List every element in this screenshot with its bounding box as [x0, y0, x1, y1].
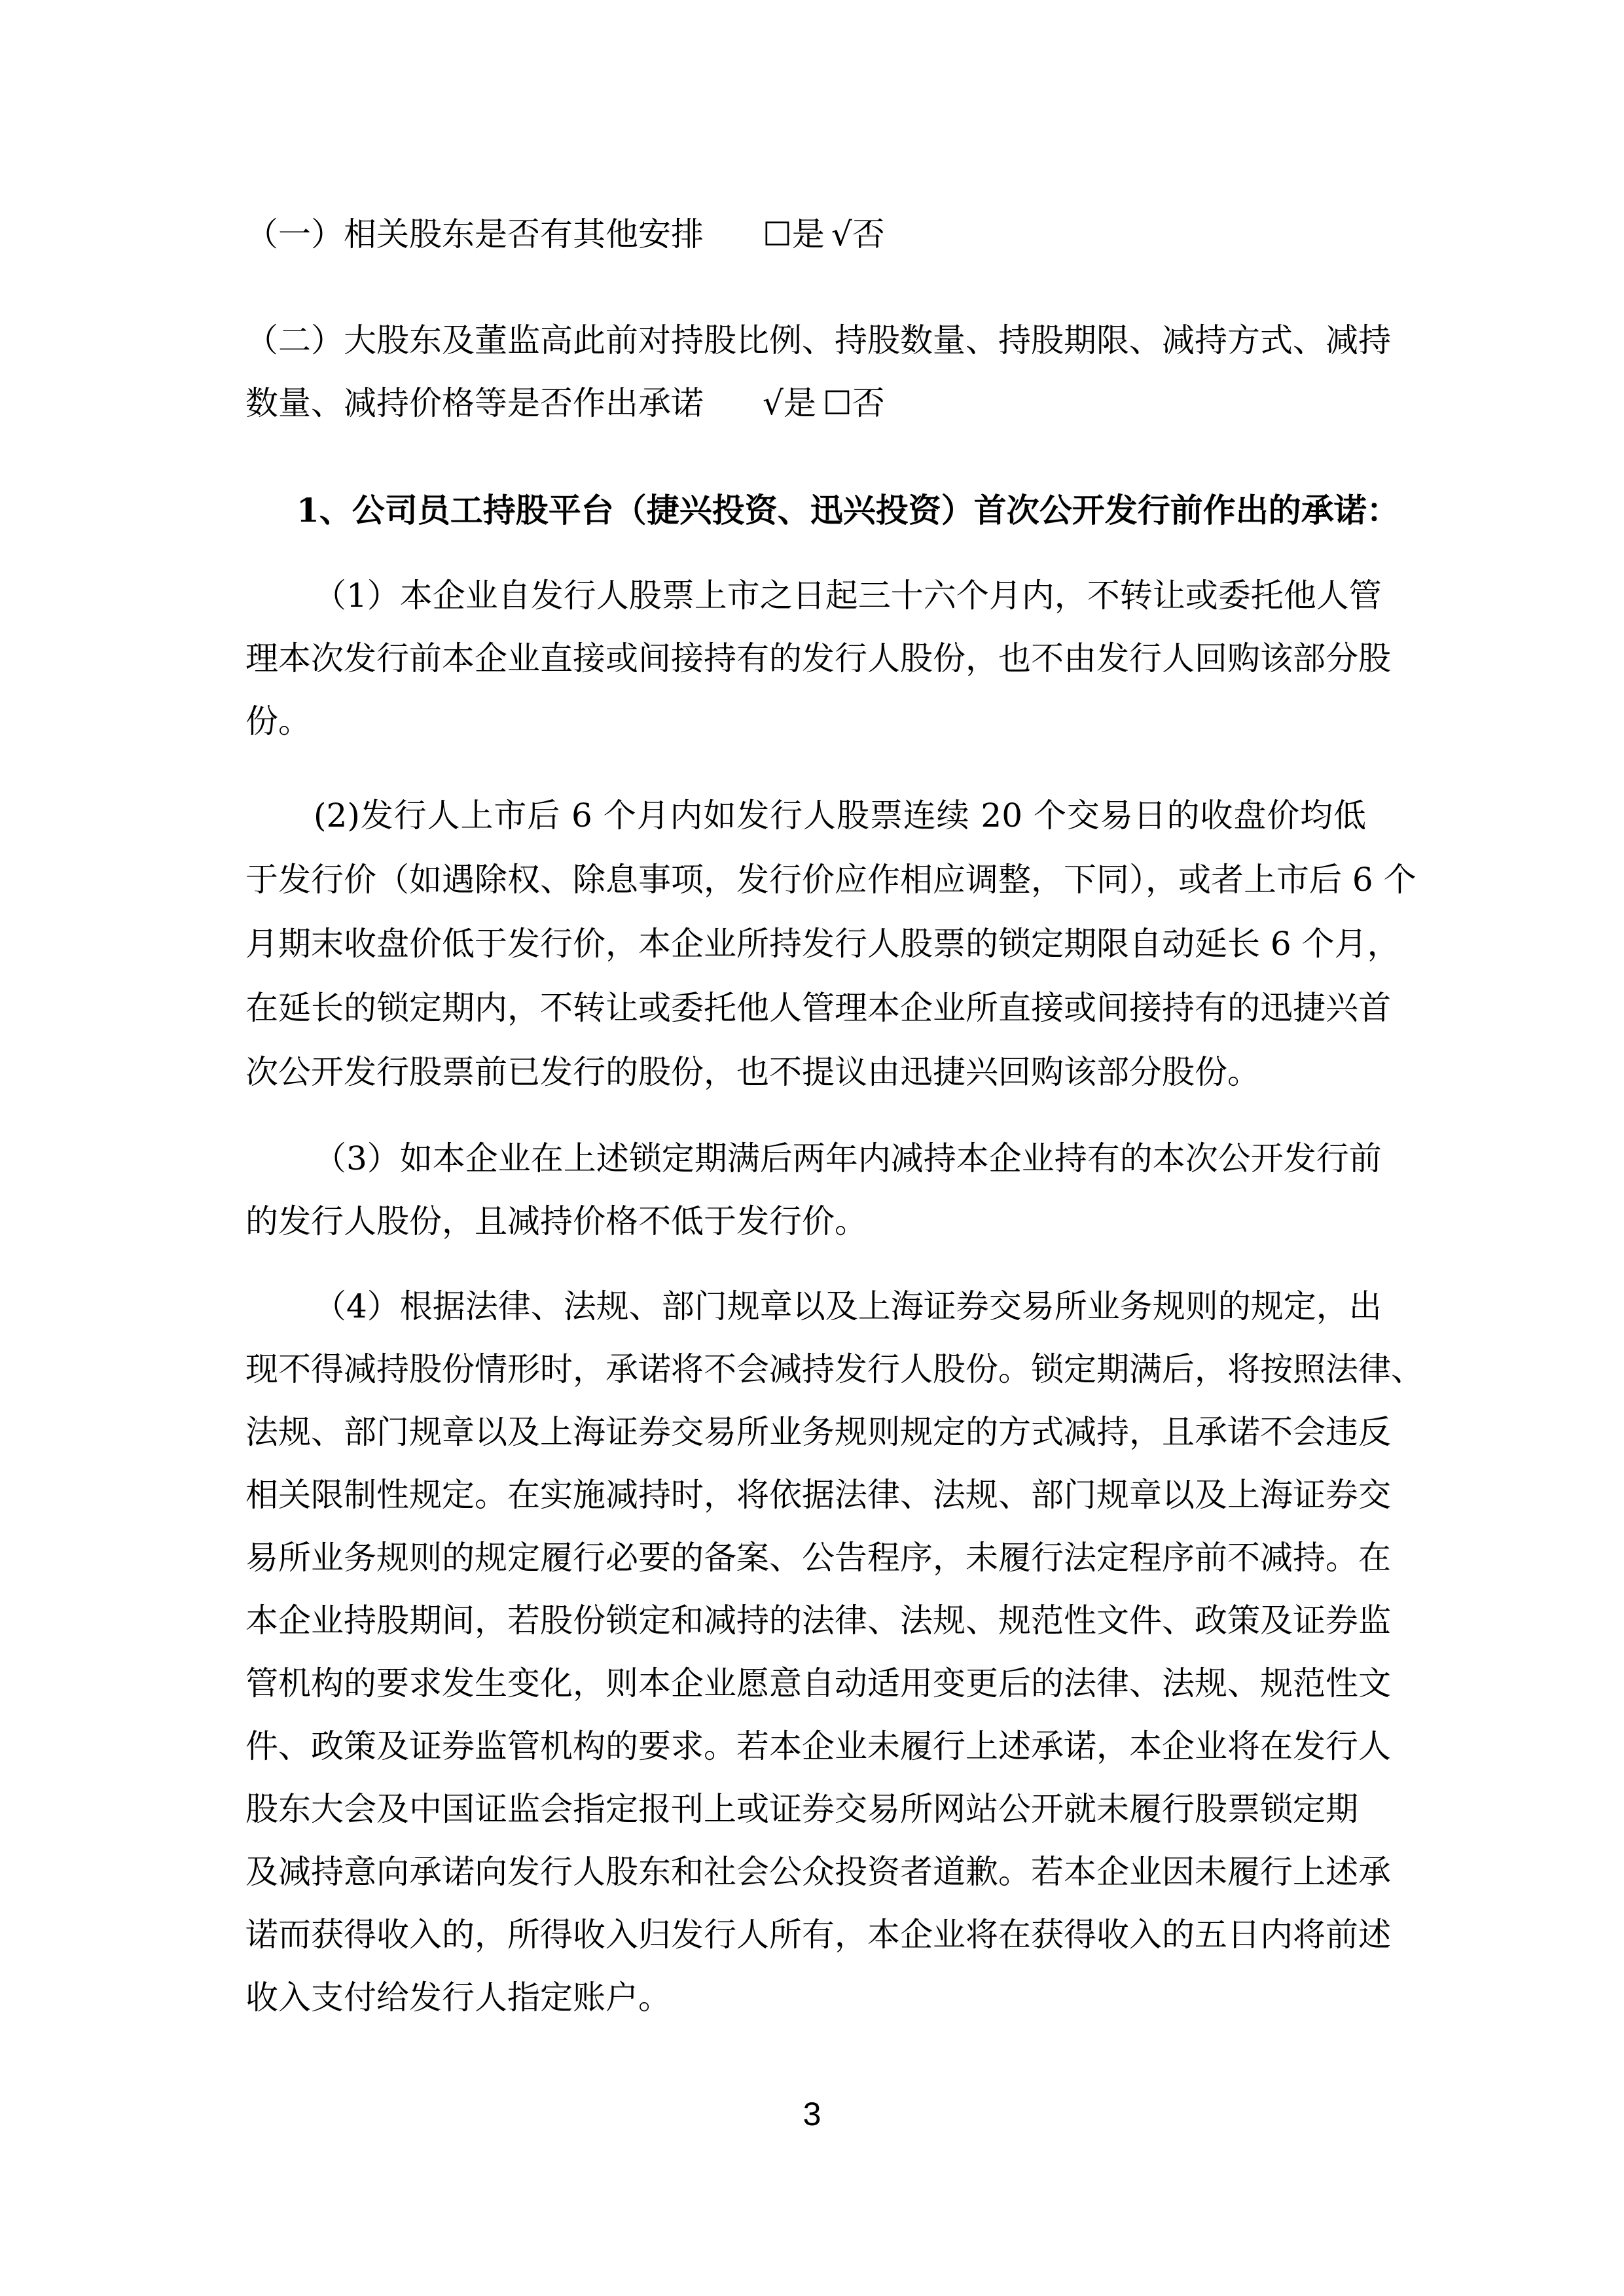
item-4-line-3: 法规、部门规章以及上海证券交易所业务规则规定的方式减持，且承诺不会违反 — [245, 1412, 1366, 1452]
item-4-line-7: 管机构的要求发生变化，则本企业愿意自动适用变更后的法律、法规、规范性文 — [245, 1664, 1366, 1703]
item-1-line-2: 理本次发行前本企业直接或间接持有的发行人股份，也不由发行人回购该部分股 — [245, 639, 1366, 678]
section-one-label: （一）相关股东是否有其他安排 — [245, 215, 704, 253]
item-1-line-1: （1）本企业自发行人股票上市之日起三十六个月内，不转让或委托他人管 — [245, 576, 1366, 615]
item-4-line-6: 本企业持股期间，若股份锁定和减持的法律、法规、规范性文件、政策及证券监 — [245, 1601, 1366, 1640]
item-4-line-10: 及减持意向承诺向发行人股东和社会公众投资者道歉。若本企业因未履行上述承 — [245, 1852, 1366, 1892]
section-two-line-1: （二）大股东及董监高此前对持股比例、持股数量、持股期限、减持方式、减持 — [245, 321, 1366, 360]
checkbox-no-checked: √否 — [831, 215, 885, 253]
item-4-line-5: 易所业务规则的规定履行必要的备案、公告程序，未履行法定程序前不减持。在 — [245, 1538, 1366, 1577]
checkbox-yes-checked: √是 — [763, 384, 816, 422]
item-2-line-4: 在延长的锁定期内，不转让或委托他人管理本企业所直接或间接持有的迅捷兴首 — [245, 988, 1366, 1028]
item-4-line-11: 诺而获得收入的，所得收入归发行人所有，本企业将在获得收入的五日内将前述 — [245, 1915, 1366, 1954]
section-heading: 1、公司员工持股平台（捷兴投资、迅兴投资）首次公开发行前作出的承诺： — [245, 491, 1366, 530]
item-2-line-2: 于发行价（如遇除权、除息事项，发行价应作相应调整，下同），或者上市后 6 个 — [245, 860, 1366, 899]
item-4-line-12: 收入支付给发行人指定账户。 — [245, 1978, 1366, 2017]
item-4-line-2: 现不得减持股份情形时，承诺将不会减持发行人股份。锁定期满后，将按照法律、 — [245, 1350, 1366, 1389]
page-number: 3 — [0, 2094, 1624, 2134]
item-4-line-9: 股东大会及中国证监会指定报刊上或证券交易所网站公开就未履行股票锁定期 — [245, 1789, 1366, 1829]
section-one-question: （一）相关股东是否有其他安排☐是√否 — [245, 215, 1366, 254]
item-4-line-4: 相关限制性规定。在实施减持时，将依据法律、法规、部门规章以及上海证券交 — [245, 1475, 1366, 1515]
section-two-line-2: 数量、减持价格等是否作出承诺 — [245, 384, 704, 422]
section-two-question: 数量、减持价格等是否作出承诺√是☐否 — [245, 384, 1366, 423]
checkbox-no-unchecked: ☐否 — [823, 384, 885, 422]
checkbox-yes-unchecked: ☐是 — [763, 215, 825, 253]
item-3-line-2: 的发行人股份，且减持价格不低于发行价。 — [245, 1202, 1366, 1241]
item-2-line-5: 次公开发行股票前已发行的股份，也不提议由迅捷兴回购该部分股份。 — [245, 1052, 1366, 1092]
item-3-line-1: （3）如本企业在上述锁定期满后两年内减持本企业持有的本次公开发行前 — [245, 1139, 1366, 1178]
item-4-line-1: （4）根据法律、法规、部门规章以及上海证券交易所业务规则的规定，出 — [245, 1287, 1366, 1326]
item-2-line-3: 月期末收盘价低于发行价，本企业所持发行人股票的锁定期限自动延长 6 个月， — [245, 924, 1366, 963]
item-2-line-1: (2)发行人上市后 6 个月内如发行人股票连续 20 个交易日的收盘价均低 — [245, 796, 1366, 835]
item-1-line-3: 份。 — [245, 702, 1366, 741]
item-4-line-8: 件、政策及证券监管机构的要求。若本企业未履行上述承诺，本企业将在发行人 — [245, 1727, 1366, 1766]
